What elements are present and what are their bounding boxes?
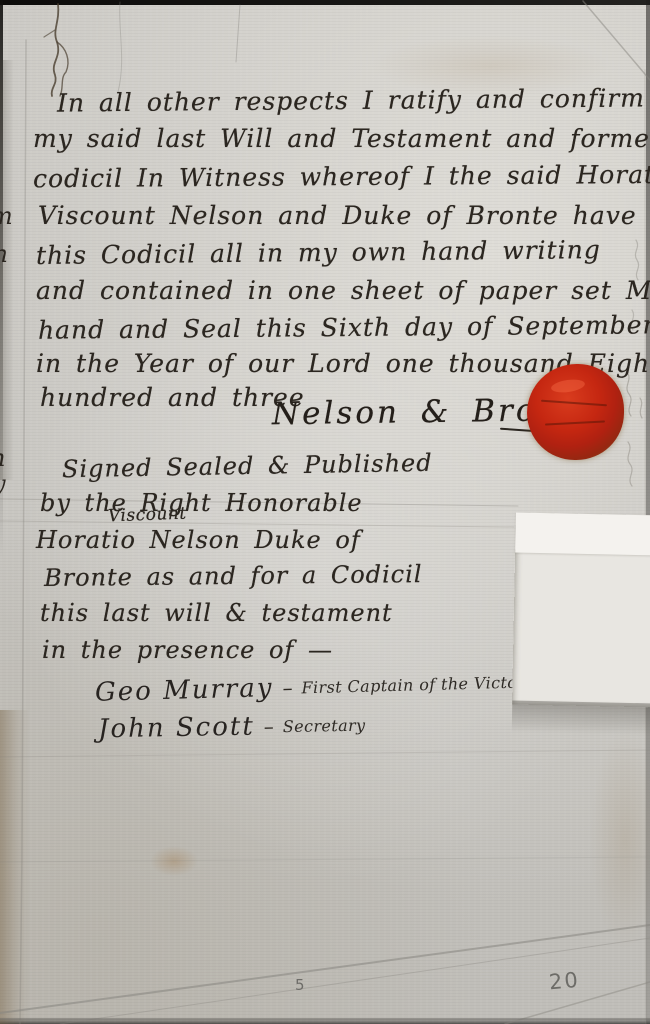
interlinear-insertion: Viscount — [108, 504, 187, 527]
paper-stain — [590, 730, 650, 950]
repair-patch — [512, 512, 650, 707]
codicil-body-line: my said last Will and Testament and form… — [33, 124, 650, 153]
photo-bottom-border — [0, 1018, 650, 1024]
photo-right-border — [646, 0, 650, 1024]
codicil-body-line: hand and Seal this Sixth day of Septembe… — [38, 310, 650, 344]
margin-ink-fragment: h — [0, 240, 8, 268]
wax-highlight — [550, 378, 585, 395]
wax-crease — [545, 420, 605, 425]
witness-name: Geo Murray — [95, 673, 274, 708]
repair-patch-shadow — [512, 700, 650, 735]
witness-separator: – — [264, 714, 274, 738]
red-wax-seal — [527, 364, 624, 460]
attestation-line: Bronte as and for a Codicil — [44, 560, 423, 592]
margin-ink-fragment: m — [0, 202, 13, 230]
witness-title: Secretary — [283, 715, 366, 735]
witness-signature-row: John Scott – Secretary — [98, 710, 366, 745]
manuscript-photo: In all other respects I ratify and confi… — [0, 0, 650, 1024]
codicil-body-line: this Codicil all in my own hand writing — [36, 235, 601, 270]
attestation-line: Horatio Nelson Duke of — [36, 526, 361, 554]
witness-name: John Scott — [98, 712, 255, 745]
codicil-body-line: and contained in one sheet of paper set … — [36, 276, 650, 305]
edge-stain-streak — [0, 710, 30, 1024]
codicil-body-line: codicil In Witness whereof I the said Ho… — [33, 160, 650, 194]
margin-ink-fragment: y — [0, 470, 6, 498]
wax-crease — [541, 400, 607, 407]
pencil-page-number: 20 — [548, 968, 581, 995]
paper-crack — [44, 4, 68, 96]
ink-stain — [150, 846, 198, 876]
pencil-small-number: 5 — [295, 976, 305, 994]
attestation-line: in the presence of — — [42, 636, 333, 664]
attestation-line: Signed Sealed & Published — [62, 449, 433, 483]
witness-signature-row: Geo Murray – First Captain of the Victor… — [95, 666, 535, 708]
attestation-line: by the Right Honorable — [40, 489, 363, 517]
witness-title: First Captain of the Victory — [301, 672, 535, 697]
margin-ink-fragment: n — [0, 444, 5, 472]
codicil-body-line: Viscount Nelson and Duke of Bronte have — [38, 201, 637, 230]
witness-separator: – — [282, 676, 293, 700]
repair-patch-top-band — [515, 512, 650, 555]
codicil-body-line: hundred and three — [40, 383, 305, 412]
edge-stain-streak — [0, 60, 14, 480]
photo-top-border — [0, 0, 650, 5]
attestation-line: this last will & testament — [40, 599, 393, 627]
codicil-body-line: In all other respects I ratify and confi… — [57, 83, 645, 117]
